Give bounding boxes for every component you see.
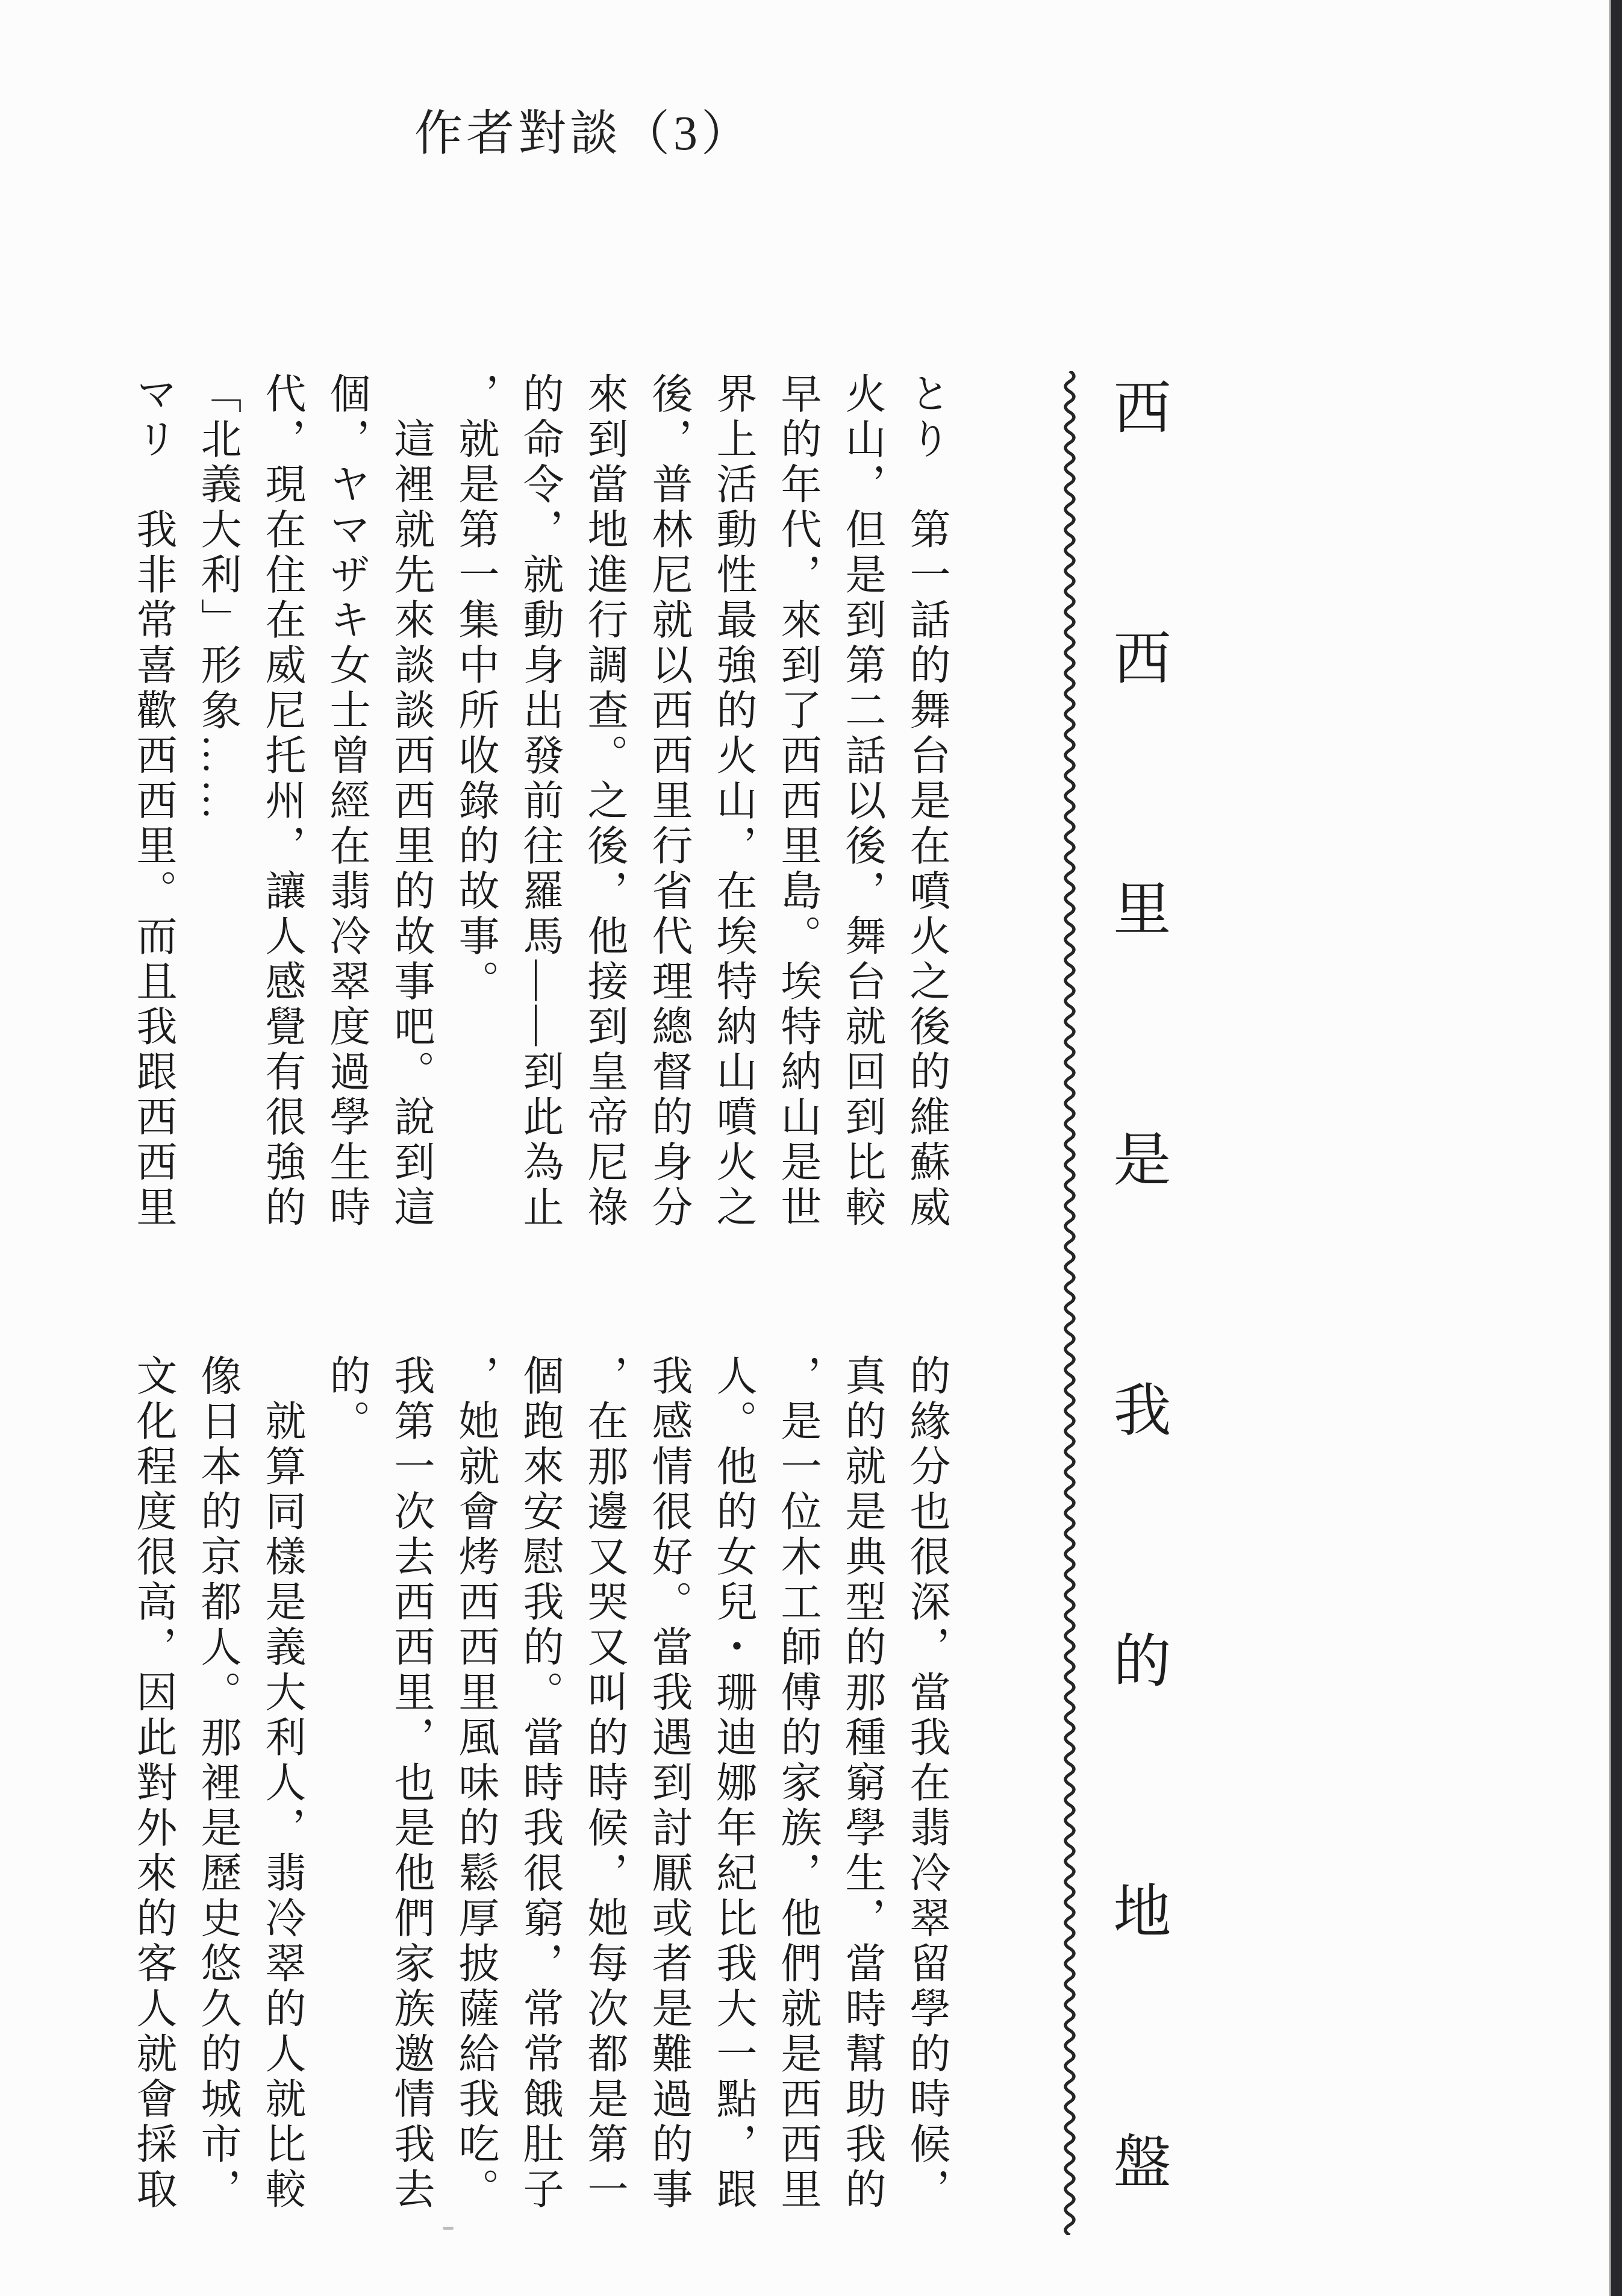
text-column: 這裡就先來談談西西里的故事吧。說到這 xyxy=(379,372,443,1234)
dialogue-block-upper: とり 第一話的舞台是在噴火之後的維蘇威火山，但是到第二話以後，舞台就回到比較早的… xyxy=(120,372,959,1234)
text-column: 文化程度很高，因此對外來的客人就會採取 xyxy=(121,1354,186,2216)
text-column: 來到當地進行調查。之後，他接到皇帝尼祿 xyxy=(572,372,637,1234)
text-column: 後，普林尼就以西西里行省代理總督的身分 xyxy=(637,372,701,1234)
text-column: ，在那邊又哭又叫的時候，她每次都是第一 xyxy=(572,1354,637,2216)
scanned-book-page: { "page": { "bg_color": "#fcfcfc", "text… xyxy=(0,0,1622,2296)
text-column: ，是一位木工師傅的家族，他們就是西西里 xyxy=(766,1354,830,2216)
dialogue-block-lower: 的緣分也很深，當我在翡冷翠留學的時候，真的就是典型的那種窮學生，當時幫助我的，是… xyxy=(120,1354,959,2216)
section-title-vertical: 西西里是我的地盤 xyxy=(1106,377,1168,2245)
text-column: 的緣分也很深，當我在翡冷翠留學的時候， xyxy=(894,1354,959,2216)
text-column: 就算同樣是義大利人，翡冷翠的人就比較 xyxy=(250,1354,314,2216)
text-column: 火山，但是到第二話以後，舞台就回到比較 xyxy=(830,372,894,1234)
text-column: ，她就會烤西西里風味的鬆厚披薩給我吃。 xyxy=(443,1354,508,2216)
text-column: 「北義大利」形象…… xyxy=(186,372,250,1234)
text-column: 我第一次去西西里，也是他們家族邀情我去 xyxy=(379,1354,443,2216)
text-column: ，就是第一集中所收錄的故事。 xyxy=(443,372,508,1234)
text-column: 人。他的女兒・珊迪娜年紀比我大一點，跟 xyxy=(701,1354,766,2216)
text-column: 個跑來安慰我的。當時我很窮，常常餓肚子 xyxy=(508,1354,572,2216)
text-column: マリ 我非常喜歡西西里。而且我跟西西里 xyxy=(121,372,186,1234)
text-column: 界上活動性最強的火山，在埃特納山噴火之 xyxy=(701,372,766,1234)
text-column: 真的就是典型的那種窮學生，當時幫助我的 xyxy=(830,1354,894,2216)
text-column: 代，現在住在威尼托州，讓人感覺有很強的 xyxy=(250,372,314,1234)
page-edge-bar xyxy=(1609,0,1622,2296)
text-column: 像日本的京都人。那裡是歷史悠久的城市， xyxy=(186,1354,250,2216)
text-column: 的。 xyxy=(314,1354,379,2216)
wavy-rule-decoration xyxy=(1058,371,1082,2235)
text-column: とり 第一話的舞台是在噴火之後的維蘇威 xyxy=(894,372,959,1234)
page-title: 作者對談（3） xyxy=(414,94,753,163)
scan-speck xyxy=(443,2227,454,2230)
text-column: 我感情很好。當我遇到討厭或者是難過的事 xyxy=(637,1354,701,2216)
text-column: 早的年代，來到了西西里島。埃特納山是世 xyxy=(766,372,830,1234)
text-column: 的命令，就動身出發前往羅馬——到此為止 xyxy=(508,372,572,1234)
text-column: 個，ヤマザキ女士曾經在翡冷翠度過學生時 xyxy=(314,372,379,1234)
